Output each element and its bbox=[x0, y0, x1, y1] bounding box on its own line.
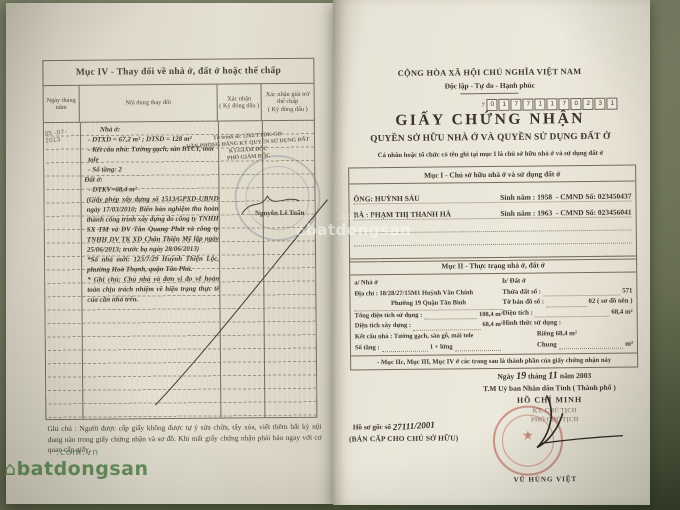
field-value: 68,4 bbox=[611, 307, 623, 318]
field-label: Tờ bản đồ số : bbox=[502, 298, 544, 309]
certificate-right-page: CỘNG HÒA XÃ HỘI CHỦ NGHĨA VIỆT NAM Độc l… bbox=[333, 0, 650, 505]
field-label: Tổng diện tích sử dụng : bbox=[355, 311, 423, 322]
field-unit: m² bbox=[569, 329, 577, 340]
col-header-content: Nội dung thay đổi bbox=[80, 85, 218, 122]
certificate-left-page: Mục IV - Thay đổi về nhà ở, đất ở hoặc t… bbox=[6, 3, 333, 504]
field-label: Chung bbox=[537, 340, 557, 351]
serial-digit: 3 bbox=[595, 98, 606, 110]
col-header-confirm: Xác nhận ( Ký đóng dấu ) bbox=[218, 84, 262, 120]
issuing-city: HỒ CHÍ MINH bbox=[445, 394, 655, 405]
land-column: b/ Đất ở Thửa đất số : 571 Tờ bản đồ số … bbox=[502, 276, 633, 353]
house-column: a/ Nhà ở Địa chỉ : 18/28/27/15M1 Huỳnh V… bbox=[354, 277, 503, 354]
certificate-note: Cá nhân hoặc tổ chức có tên ghi tại mục … bbox=[332, 149, 649, 159]
house-row: Số tầng : 1 + lửng bbox=[355, 341, 503, 353]
round-seal-red: ★ bbox=[493, 405, 564, 476]
land-row: Chung m² bbox=[537, 339, 633, 351]
serial-digit: 7 bbox=[523, 99, 534, 111]
registry-signer-name: Nguyễn Lê Tuấn bbox=[225, 209, 335, 218]
serial-digit: 0 bbox=[487, 99, 498, 111]
serial-digit: 2 bbox=[583, 98, 594, 110]
owner-label: BÀ : bbox=[354, 210, 369, 219]
house-row: Tổng diện tích sử dụng : 108,4 m² bbox=[355, 310, 503, 322]
col-header-date: Ngày tháng năm bbox=[44, 86, 80, 122]
issue-month: 11 bbox=[548, 370, 558, 382]
id-number: 023456041 bbox=[598, 208, 632, 217]
id-label: - CMND Số: bbox=[556, 208, 596, 217]
serial-digit: 0 bbox=[571, 98, 582, 110]
issue-day: 19 bbox=[516, 370, 527, 382]
field-value: Tường gạch, sàn gỗ, mái tole bbox=[394, 331, 474, 342]
section-owners: Mục I - Chủ sở hữu nhà ở và sử dụng đất … bbox=[348, 164, 637, 262]
birth-year: 1958 bbox=[537, 192, 552, 201]
field-label: Hình thức sử dụng : bbox=[503, 319, 562, 330]
motto-underline bbox=[460, 93, 518, 95]
id-number: 023450437 bbox=[598, 192, 632, 201]
month-word: tháng bbox=[528, 371, 547, 380]
dossier-number: 27111/2001 bbox=[392, 420, 435, 433]
serial-digit: 7 bbox=[559, 98, 570, 110]
date-word: Ngày bbox=[497, 372, 514, 381]
col-header-release: Xác nhận giải trừ thế chấp ( Ký đóng dấu… bbox=[262, 84, 314, 120]
certificate-photo: Mục IV - Thay đổi về nhà ở, đất ở hoặc t… bbox=[0, 0, 680, 510]
field-label: Diện tích : bbox=[503, 308, 533, 319]
issue-year: 2003 bbox=[576, 371, 591, 380]
field-value: 68,4 bbox=[556, 329, 568, 340]
field-unit: m² bbox=[495, 310, 502, 321]
field-unit: m² bbox=[625, 307, 633, 318]
changes-table-header: Ngày tháng năm Nội dung thay đổi Xác nhậ… bbox=[44, 84, 314, 123]
section-status-body: a/ Nhà ở Địa chỉ : 18/28/27/15M1 Huỳnh V… bbox=[350, 272, 637, 355]
birth-label: Sinh năm : bbox=[500, 209, 535, 218]
field-value: 1 + lửng bbox=[430, 342, 453, 353]
id-label: - CMND Số: bbox=[556, 192, 596, 201]
issuing-authority: T.M Uỷ ban Nhân dân Tỉnh ( Thành phố ) bbox=[444, 382, 654, 393]
owner-label: ÔNG: bbox=[353, 194, 373, 203]
owner-name: HUỲNH SÁU bbox=[375, 194, 420, 203]
serial-digit: 1 bbox=[607, 98, 618, 110]
birth-year: 1963 bbox=[537, 208, 552, 217]
dotted-leader bbox=[559, 348, 624, 350]
column-divider bbox=[80, 123, 84, 419]
entry-line: (Giấy phép xây dựng số 1513/GPXD-UBND ng… bbox=[84, 194, 219, 255]
dotted-leader bbox=[455, 350, 501, 351]
field-label: Thửa đất số : bbox=[502, 287, 541, 298]
birth-label: Sinh năm : bbox=[500, 193, 535, 202]
serial-digit: 1 bbox=[499, 99, 510, 111]
dotted-leader bbox=[382, 351, 428, 352]
changes-table-title: Mục IV - Thay đổi về nhà ở, đất ở hoặc t… bbox=[43, 59, 313, 86]
owner-name: PHẠM THỊ THANH HÀ bbox=[370, 209, 451, 219]
entry-line: *Số nhà mới: 123/7/29 Huỳnh Thiện Lộc, p… bbox=[85, 254, 219, 275]
serial-digit: 7 bbox=[511, 99, 522, 111]
field-value: 571 bbox=[622, 286, 632, 297]
year-word: năm bbox=[560, 371, 574, 380]
serial-digit: 1 bbox=[535, 98, 546, 110]
owners-list: ÔNG: HUỲNH SÁU Sinh năm : 1958 - CMND Số… bbox=[349, 181, 636, 261]
dossier-label: Hồ sơ gốc số bbox=[353, 423, 391, 431]
certificate-footnote: Ghi chú : Người được cấp giấy không được… bbox=[47, 422, 321, 456]
land-row: Diện tích : 68,4 m² bbox=[503, 307, 633, 319]
certificate-title: GIẤY CHỨNG NHẬN bbox=[332, 109, 649, 130]
field-label: Riêng bbox=[537, 329, 554, 340]
section-status: Mục II - Thực trạng nhà ở, đất ở a/ Nhà … bbox=[349, 255, 638, 370]
certificate-subtitle: QUYỀN SỞ HỮU NHÀ Ở VÀ QUYỀN SỬ DỤNG ĐẤT … bbox=[332, 131, 649, 144]
change-date-stamp: 05 -07- 2013 bbox=[44, 127, 81, 144]
address-label: Địa chỉ : bbox=[354, 289, 378, 300]
serial-prefix: 7 bbox=[481, 102, 484, 109]
section-status-footer: - Mục IIc, Mục III, Mục IV ở các trang s… bbox=[351, 353, 637, 370]
field-value: 68,4 bbox=[482, 320, 493, 331]
national-motto-sub: Độc lập - Tự do - Hạnh phúc bbox=[331, 79, 648, 91]
round-seal-blue bbox=[234, 155, 321, 242]
changes-table-body: 05 -07- 2013 Nhà ở: - DTXD = 67,2 m² ; D… bbox=[44, 121, 317, 419]
entry-line: * Ghi chú: Chủ nhà và đơn vị đo vẽ hoàn … bbox=[85, 274, 219, 305]
seal-star-icon: ★ bbox=[495, 427, 561, 444]
issue-date-line: Ngày 19 tháng 11 năm 2003 bbox=[444, 369, 644, 382]
field-value: 02 ( sơ đồ nền ) bbox=[588, 297, 632, 308]
changes-table: Mục IV - Thay đổi về nhà ở, đất ở hoặc t… bbox=[42, 58, 317, 420]
field-unit: m² bbox=[495, 320, 502, 331]
field-label: Diện tích xây dựng : bbox=[355, 321, 411, 332]
field-value: 108,4 bbox=[479, 310, 494, 321]
field-label: Số tầng : bbox=[355, 343, 380, 354]
chairman-signer-name: VŨ HÙNG VIỆT bbox=[475, 475, 615, 484]
owner-copy-note: (BẢN CẤP CHO CHỦ SỞ HỮU) bbox=[349, 433, 459, 443]
national-motto: CỘNG HÒA XÃ HỘI CHỦ NGHĨA VIỆT NAM bbox=[331, 66, 648, 78]
field-label: Kết cấu nhà : bbox=[355, 332, 392, 343]
field-unit: m² bbox=[625, 339, 633, 350]
serial-digit: 1 bbox=[547, 98, 558, 110]
dossier-number-line: Hồ sơ gốc số 27111/2001 bbox=[353, 421, 435, 432]
